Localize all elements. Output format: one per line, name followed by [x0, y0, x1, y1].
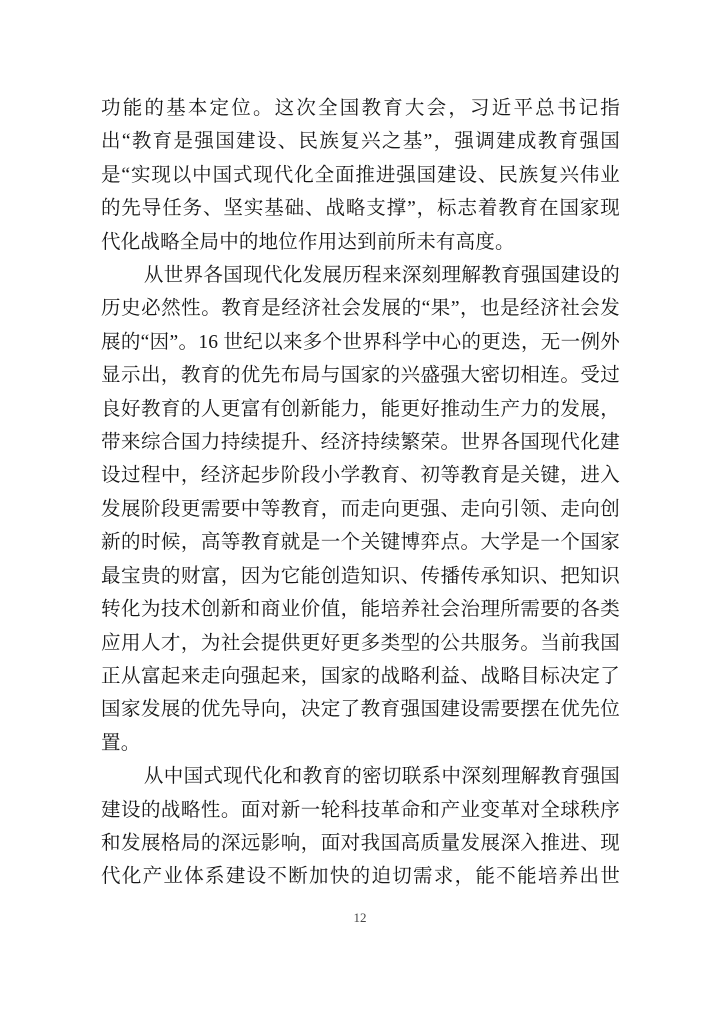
paragraph-continuation: 功能的基本定位。这次全国教育大会，习近平总书记指出“教育是强国建设、民族复兴之基…: [101, 92, 620, 259]
paragraph: 从世界各国现代化发展历程来深刻理解教育强国建设的历史必然性。教育是经济社会发展的…: [101, 259, 620, 760]
page-number: 12: [0, 910, 720, 926]
document-page: 功能的基本定位。这次全国教育大会，习近平总书记指出“教育是强国建设、民族复兴之基…: [0, 0, 720, 1018]
paragraph: 从中国式现代化和教育的密切联系中深刻理解教育强国建设的战略性。面对新一轮科技革命…: [101, 760, 620, 894]
page-body-text: 功能的基本定位。这次全国教育大会，习近平总书记指出“教育是强国建设、民族复兴之基…: [101, 92, 620, 894]
